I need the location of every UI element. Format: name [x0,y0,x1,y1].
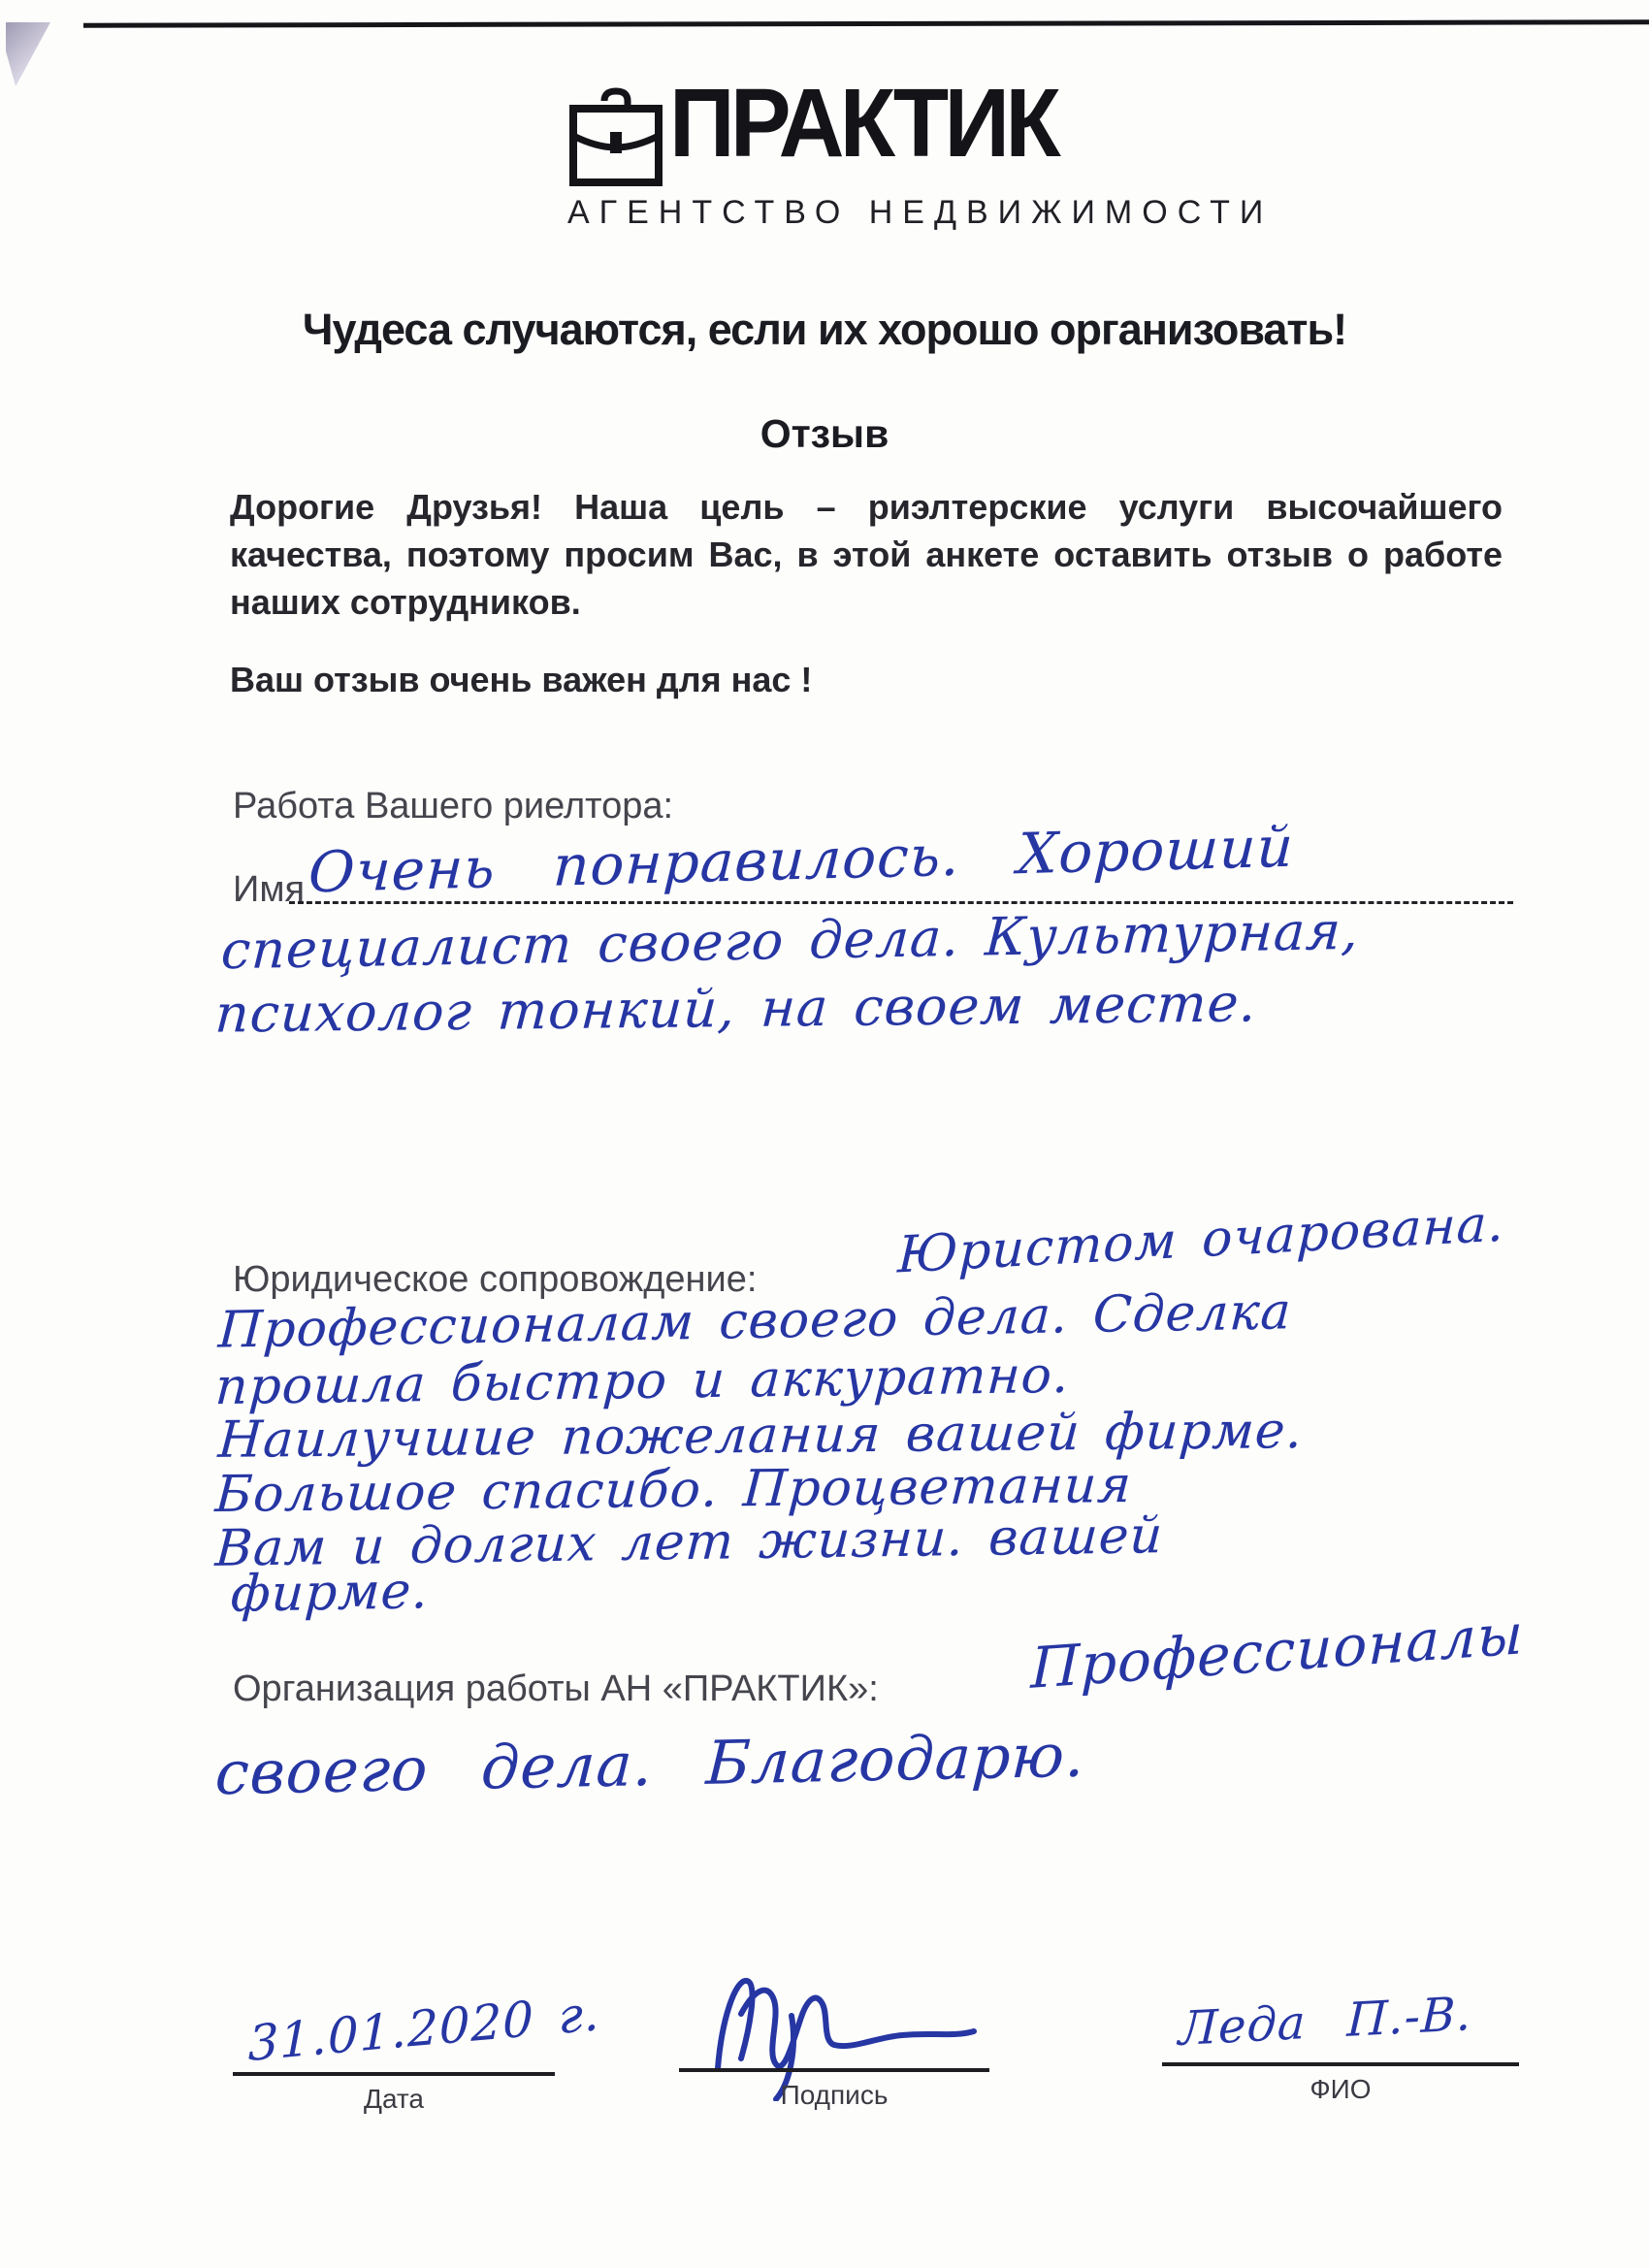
date-label: Дата [233,2084,555,2115]
signature-label: Подпись [679,2080,989,2111]
scanned-feedback-form: ПРАКТИК АГЕНТСТВО НЕДВИЖИМОСТИ Чудеса сл… [0,0,1649,2268]
handwritten-legal-line-6: фирме. [229,1562,430,1624]
brand-name: ПРАКТИК [669,68,1056,179]
fio-label: ФИО [1162,2074,1519,2105]
intro-paragraph: Дорогие Друзья! Наша цель – риэлтерские … [230,483,1503,626]
scan-artifact-corner-smudge [6,22,50,86]
section-label-realtor: Работа Вашего риелтора: [233,786,673,827]
section-label-organization: Организация работы АН «ПРАКТИК»: [233,1669,879,1710]
handwritten-legal-inline: Юристом очарована. [896,1195,1505,1285]
form-title: Отзыв [0,411,1649,457]
handwritten-date: 31.01.2020 г. [248,1985,600,2072]
importance-note: Ваш отзыв очень важен для нас ! [230,660,812,700]
briefcase-icon [567,87,664,188]
handwritten-organization-inline: Профессионалы [1030,1601,1524,1701]
handwritten-fio: Леда П.-В. [1178,1987,1472,2057]
fio-line [1162,2062,1519,2066]
handwritten-realtor-line-2: специалист своего дела. Культурная, [219,900,1360,982]
scan-artifact-top-edge [83,19,1649,27]
signature-line [679,2068,989,2072]
handwritten-realtor-line-3: психолог тонкий, на своем месте. [213,972,1259,1044]
handwritten-organization-line-1: своего дела. Благодарю. [213,1720,1086,1809]
date-line [233,2072,555,2076]
name-field-label: Имя [233,869,305,911]
brand-subtitle: АГЕНТСТВО НЕДВИЖИМОСТИ [567,194,1273,232]
slogan-headline: Чудеса случаются, если их хорошо организ… [0,305,1649,355]
